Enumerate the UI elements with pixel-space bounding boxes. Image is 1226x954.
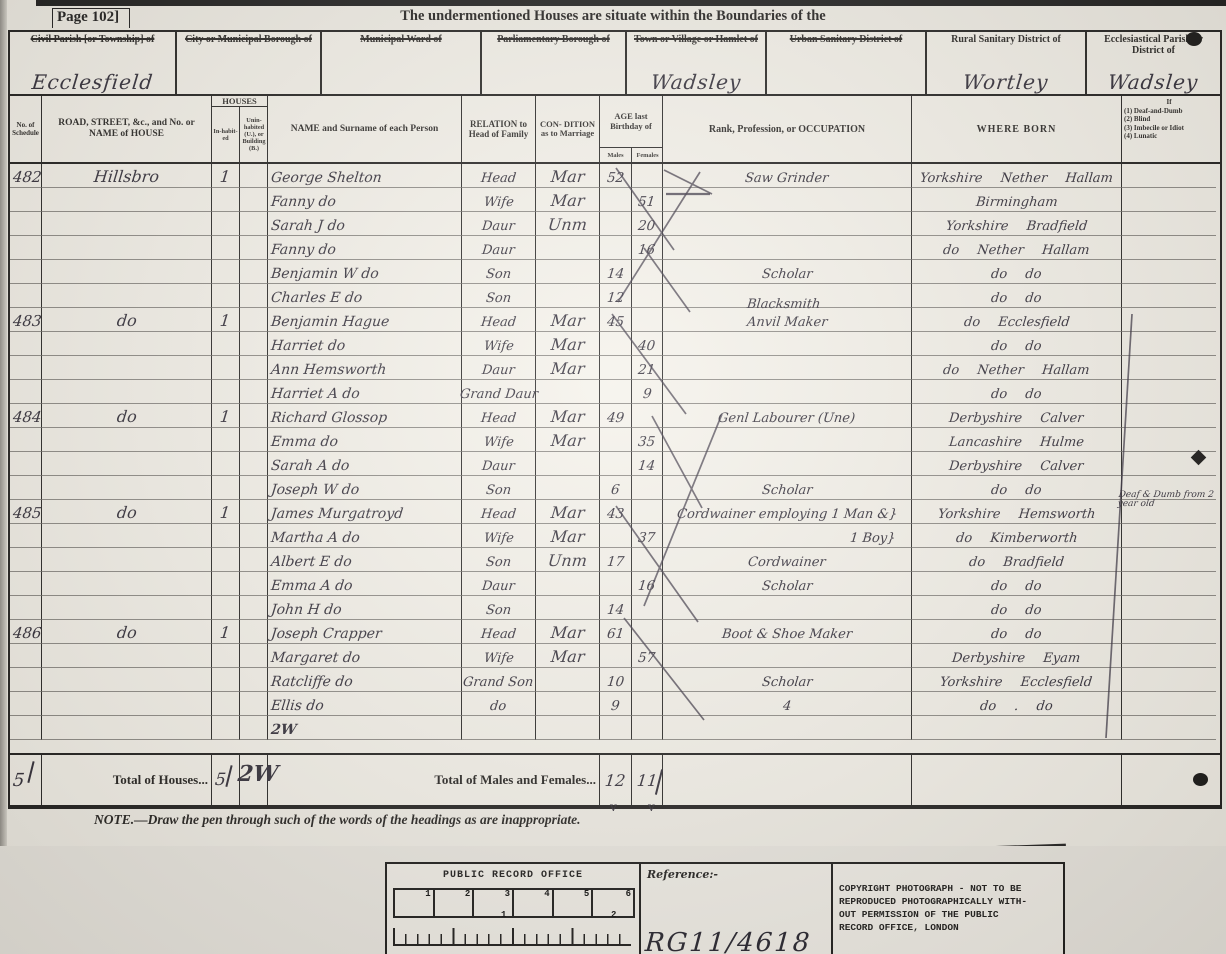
cell-schedule [10, 188, 42, 212]
scale-segment: 5 [554, 890, 594, 916]
cell-schedule [10, 212, 42, 236]
col-header-females: Females [632, 148, 663, 162]
cell-name: George Shelton [268, 164, 462, 188]
scale-segment: 2 [435, 890, 475, 916]
cell-name: James Murgatroyd [268, 500, 462, 524]
cell-occupation: Anvil MakerBlacksmith [663, 308, 912, 332]
cell-name: Benjamin W do [268, 260, 462, 284]
cell-schedule [10, 284, 42, 308]
cell-road [42, 260, 212, 284]
cell-relation: Daur [462, 212, 536, 236]
cell-condition [536, 572, 600, 596]
cell-road [42, 596, 212, 620]
cell-road: do [42, 404, 212, 428]
cell-infirmity [1122, 260, 1216, 284]
cell-uninhabited [240, 260, 268, 284]
cell-schedule: 484 [10, 404, 42, 428]
cell-name: Ratcliffe do [268, 668, 462, 692]
cell-age-male: 17 [600, 548, 632, 572]
cell-road [42, 380, 212, 404]
cell-name: Charles E do [268, 284, 462, 308]
table-row: 484do1Richard GlossopHeadMar49Genl Labou… [10, 404, 1220, 428]
cell-uninhabited [240, 356, 268, 380]
cell-occupation: Cordwainer employing 1 Man &} [663, 500, 912, 524]
cell-name: Benjamin Hague [268, 308, 462, 332]
cell-uninhabited [240, 380, 268, 404]
cell-uninhabited [240, 212, 268, 236]
cell-occupation [663, 356, 912, 380]
cell-name: Emma do [268, 428, 462, 452]
cell-age-male [600, 428, 632, 452]
cell-schedule [10, 428, 42, 452]
boundary-header-row: Civil Parish [or Township] ofEcclesfield… [8, 30, 1222, 98]
boundary-label: Municipal Ward of [325, 34, 477, 45]
cell-relation: Head [462, 620, 536, 644]
totals-houses-label-cell: Total of Houses... [42, 755, 212, 805]
cell-name: Ellis do [268, 692, 462, 716]
cell-where-born: Derbyshire Calver [912, 404, 1122, 428]
stamp-scale-section: PUBLIC RECORD OFFICE 123456 12 [387, 864, 641, 954]
cell-condition: Mar [536, 308, 600, 332]
table-row: Harriet doWifeMar40do do [10, 332, 1220, 356]
cell-age-male [600, 380, 632, 404]
totals-empty-occupation [663, 755, 912, 805]
table-row: Emma doWifeMar35Lancashire Hulme [10, 428, 1220, 452]
table-row: Benjamin W doSon14Scholardo do [10, 260, 1220, 284]
cell-road [42, 476, 212, 500]
cell-age-male: 49 [600, 404, 632, 428]
cell-age-female: 21 [632, 356, 663, 380]
col-header-inhabited: In-habit-ed [212, 107, 240, 162]
cell-uninhabited [240, 308, 268, 332]
cell-where-born: do do [912, 260, 1122, 284]
stamp-scale-boxes: 123456 [393, 888, 635, 918]
cell-relation: Wife [462, 644, 536, 668]
cell-name: Margaret do [268, 644, 462, 668]
cell-uninhabited [240, 236, 268, 260]
cell-occupation: Saw Grinder [663, 164, 912, 188]
cell-infirmity [1122, 500, 1216, 524]
cell-relation: Daur [462, 572, 536, 596]
col-header-relation: RELATION to Head of Family [462, 96, 536, 162]
cell-condition [536, 452, 600, 476]
boundary-value-handwritten: Wortley [927, 70, 1085, 94]
cell-infirmity [1122, 668, 1216, 692]
footnote: NOTE.—Draw the pen through such of the w… [94, 812, 580, 828]
cell-age-female: 20 [632, 212, 663, 236]
cell-name: Richard Glossop [268, 404, 462, 428]
cell-age-male [600, 524, 632, 548]
cell-schedule: 482 [10, 164, 42, 188]
col-header-uninhabited: Unin-habited (U.), or Building (B.) [240, 107, 268, 162]
cell-age-male [600, 716, 632, 740]
cell-schedule: 485 [10, 500, 42, 524]
boundary-cell: Rural Sanitary District ofWortley [927, 32, 1087, 96]
cell-condition: Mar [536, 188, 600, 212]
col-header-age: AGE last Birthday of [600, 96, 662, 147]
cell-road [42, 548, 212, 572]
cell-where-born: do do [912, 476, 1122, 500]
cell-road: Hillsbro [42, 164, 212, 188]
cell-schedule [10, 572, 42, 596]
cell-condition: Unm [536, 212, 600, 236]
table-row: Albert E doSonUnm17Cordwainerdo Bradfiel… [10, 548, 1220, 572]
cell-schedule [10, 260, 42, 284]
totals-houses-value: 5 [214, 770, 227, 790]
cell-name: Albert E do [268, 548, 462, 572]
cell-name: 2W [268, 716, 462, 740]
cell-schedule: 483 [10, 308, 42, 332]
cell-where-born: Yorkshire Ecclesfield [912, 668, 1122, 692]
cell-inhabited [212, 260, 240, 284]
cell-where-born: do do [912, 620, 1122, 644]
cell-relation: Son [462, 260, 536, 284]
cell-schedule [10, 524, 42, 548]
totals-males-value: 12 [604, 771, 626, 790]
cell-condition: Mar [536, 356, 600, 380]
cell-inhabited: 1 [212, 620, 240, 644]
table-row: Fanny doWifeMar51Birmingham [10, 188, 1220, 212]
cell-relation: Daur [462, 236, 536, 260]
cell-name: Fanny do [268, 188, 462, 212]
cell-age-male: 43 [600, 500, 632, 524]
boundary-value-handwritten: Wadsley [627, 70, 765, 94]
cell-uninhabited [240, 476, 268, 500]
boundary-cell: Municipal Ward of [322, 32, 482, 96]
table-row: Margaret doWifeMar57Derbyshire Eyam [10, 644, 1220, 668]
cell-occupation [663, 644, 912, 668]
scale-segment: 1 [395, 890, 435, 916]
cell-where-born: do do [912, 572, 1122, 596]
cell-relation: Son [462, 476, 536, 500]
totals-houses-label: Total of Houses... [45, 772, 208, 788]
cell-infirmity [1122, 308, 1216, 332]
table-row: Harriet A doGrand Daur9do do [10, 380, 1220, 404]
cell-age-male [600, 332, 632, 356]
stamp-reference-section: Reference:- RG11/4618 [641, 864, 833, 954]
boundary-value-handwritten: Wadsley [1087, 70, 1220, 94]
cell-age-female: 37 [632, 524, 663, 548]
census-page: Page 102] The undermentioned Houses are … [0, 0, 1226, 954]
cell-inhabited [212, 476, 240, 500]
cell-infirmity [1122, 524, 1216, 548]
col-header-infirmity: If(1) Deaf-and-Dumb(2) Blind(3) Imbecile… [1122, 96, 1216, 162]
cell-infirmity [1122, 356, 1216, 380]
tick-mark [27, 761, 34, 783]
table-row: Emma A doDaur16Scholardo do [10, 572, 1220, 596]
totals-row: 5 Total of Houses... 5 2W Total of Males… [10, 755, 1220, 807]
cell-road [42, 572, 212, 596]
cell-relation: Son [462, 596, 536, 620]
totals-houses-mark-cell: 2W [240, 755, 268, 805]
cell-occupation: Genl Labourer (Une) [663, 404, 912, 428]
boundary-cell: City or Municipal Borough of [177, 32, 322, 96]
cell-age-male: 14 [600, 260, 632, 284]
table-spacer-row [10, 740, 1220, 755]
cell-where-born: Yorkshire Bradfield [912, 212, 1122, 236]
cell-age-male: 12 [600, 284, 632, 308]
cell-uninhabited [240, 284, 268, 308]
cell-uninhabited [240, 668, 268, 692]
table-row: 486do1Joseph CrapperHeadMar61Boot & Shoe… [10, 620, 1220, 644]
cell-schedule [10, 356, 42, 380]
col-header-males: Males [600, 148, 632, 162]
cell-name: Emma A do [268, 572, 462, 596]
cell-inhabited [212, 188, 240, 212]
cell-road [42, 452, 212, 476]
totals-schedule-cell: 5 [10, 755, 42, 805]
cell-age-female [632, 476, 663, 500]
cell-age-female [632, 716, 663, 740]
table-row: Charles E doSon12do do [10, 284, 1220, 308]
cell-infirmity [1122, 644, 1216, 668]
cell-road: do [42, 500, 212, 524]
cell-age-male: 6 [600, 476, 632, 500]
cell-occupation [663, 596, 912, 620]
cell-age-male: 52 [600, 164, 632, 188]
cell-schedule [10, 380, 42, 404]
cell-occupation [663, 188, 912, 212]
cell-age-female: 35 [632, 428, 663, 452]
table-row: Ratcliffe doGrand Son10ScholarYorkshire … [10, 668, 1220, 692]
cell-occupation: 1 Boy} [663, 524, 912, 548]
boundary-label: Civil Parish [or Township] of [13, 34, 172, 45]
cell-schedule [10, 332, 42, 356]
stamp-reference-label: Reference:- [647, 868, 825, 881]
cell-condition: Mar [536, 500, 600, 524]
cell-where-born: Yorkshire Nether Hallam [912, 164, 1122, 188]
banner-title: The undermentioned Houses are situate wi… [0, 8, 1226, 25]
stamp-copyright-section: COPYRIGHT PHOTOGRAPH - NOT TO BEREPRODUC… [833, 864, 1063, 954]
cell-age-female: 57 [632, 644, 663, 668]
cell-occupation: Scholar [663, 260, 912, 284]
cell-uninhabited [240, 164, 268, 188]
cell-occupation [663, 380, 912, 404]
col-header-where-born: WHERE BORN [912, 96, 1122, 162]
table-row: Sarah J doDaurUnm20Yorkshire Bradfield [10, 212, 1220, 236]
cell-schedule [10, 236, 42, 260]
scan-edge-top [36, 0, 1226, 6]
cell-inhabited [212, 716, 240, 740]
cell-infirmity [1122, 716, 1216, 740]
cell-inhabited [212, 596, 240, 620]
cell-relation: Daur [462, 452, 536, 476]
cell-occupation [663, 452, 912, 476]
cell-uninhabited [240, 716, 268, 740]
cell-relation: Son [462, 284, 536, 308]
boundary-cell: Urban Sanitary District of [767, 32, 927, 96]
cell-road [42, 428, 212, 452]
check-mark: v [648, 800, 655, 814]
cell-relation: Head [462, 500, 536, 524]
cell-infirmity [1122, 236, 1216, 260]
cell-age-male: 9 [600, 692, 632, 716]
cell-schedule [10, 548, 42, 572]
table-body: 482Hillsbro1George SheltonHeadMar52Saw G… [10, 164, 1220, 740]
cell-inhabited [212, 332, 240, 356]
cell-condition [536, 236, 600, 260]
table-row: Ann HemsworthDaurMar21do Nether Hallam [10, 356, 1220, 380]
boundary-label: Town or Village or Hamlet of [630, 34, 762, 45]
cell-inhabited [212, 692, 240, 716]
table-row: Martha A doWifeMar371 Boy}do Kimberworth [10, 524, 1220, 548]
cell-road [42, 716, 212, 740]
stamp-ruler: 12 [393, 922, 631, 946]
table-row: Fanny doDaur16do Nether Hallam [10, 236, 1220, 260]
cell-infirmity [1122, 404, 1216, 428]
cell-inhabited [212, 428, 240, 452]
cell-schedule [10, 716, 42, 740]
cell-inhabited: 1 [212, 164, 240, 188]
table-row: 482Hillsbro1George SheltonHeadMar52Saw G… [10, 164, 1220, 188]
cell-age-male [600, 212, 632, 236]
cell-condition [536, 596, 600, 620]
cell-infirmity [1122, 188, 1216, 212]
cell-age-female [632, 260, 663, 284]
table-row: Joseph W doSon6Scholardo doDeaf & Dumb f… [10, 476, 1220, 500]
cell-relation: Head [462, 404, 536, 428]
cell-uninhabited [240, 332, 268, 356]
cell-inhabited [212, 452, 240, 476]
boundary-value-handwritten: Ecclesfield [10, 70, 175, 94]
cell-infirmity [1122, 596, 1216, 620]
cell-where-born: do Ecclesfield [912, 308, 1122, 332]
cell-age-male: 10 [600, 668, 632, 692]
cell-occupation: Scholar [663, 668, 912, 692]
cell-age-female [632, 548, 663, 572]
cell-occupation: Scholar [663, 572, 912, 596]
col-header-houses: HOUSES [212, 96, 267, 107]
boundary-label: City or Municipal Borough of [180, 34, 317, 45]
stamp-copyright-text: COPYRIGHT PHOTOGRAPH - NOT TO BEREPRODUC… [839, 882, 1057, 934]
cell-condition [536, 284, 600, 308]
cell-where-born: do Nether Hallam [912, 356, 1122, 380]
cell-occupation: 4 [663, 692, 912, 716]
hole-punch [1186, 32, 1202, 46]
cell-relation: Wife [462, 524, 536, 548]
totals-houses-value-cell: 5 [212, 755, 240, 805]
cell-where-born: do Nether Hallam [912, 236, 1122, 260]
cell-age-female: 40 [632, 332, 663, 356]
table-row: Sarah A doDaur14Derbyshire Calver [10, 452, 1220, 476]
cell-inhabited [212, 380, 240, 404]
cell-infirmity [1122, 332, 1216, 356]
cell-road [42, 524, 212, 548]
col-header-name: NAME and Surname of each Person [268, 96, 462, 162]
cell-uninhabited [240, 548, 268, 572]
boundary-cell: Parliamentary Borough of [482, 32, 627, 96]
cell-uninhabited [240, 692, 268, 716]
cell-age-female [632, 692, 663, 716]
cell-uninhabited [240, 620, 268, 644]
cell-infirmity [1122, 620, 1216, 644]
cell-relation [462, 716, 536, 740]
cell-infirmity: Deaf & Dumb from 2 year old [1122, 476, 1216, 500]
cell-relation: Grand Daur [462, 380, 536, 404]
cell-inhabited: 1 [212, 404, 240, 428]
col-header-schedule: No. of Schedule [10, 96, 42, 162]
cell-condition [536, 476, 600, 500]
totals-females-value: 11 [636, 771, 658, 790]
cell-relation: Daur [462, 356, 536, 380]
cell-name: Sarah J do [268, 212, 462, 236]
cell-age-female [632, 308, 663, 332]
boundary-label: Urban Sanitary District of [770, 34, 922, 45]
cell-road [42, 188, 212, 212]
cell-name: Ann Hemsworth [268, 356, 462, 380]
cell-inhabited [212, 644, 240, 668]
cell-schedule [10, 452, 42, 476]
public-record-office-stamp: PUBLIC RECORD OFFICE 123456 12 Reference… [385, 862, 1065, 954]
cell-infirmity [1122, 212, 1216, 236]
cell-infirmity [1122, 164, 1216, 188]
cell-uninhabited [240, 644, 268, 668]
cell-name: Sarah A do [268, 452, 462, 476]
cell-age-female [632, 596, 663, 620]
cell-uninhabited [240, 452, 268, 476]
col-header-houses-group: HOUSES In-habit-ed Unin-habited (U.), or… [212, 96, 268, 162]
totals-schedule-value: 5 [12, 770, 26, 791]
cell-age-female [632, 164, 663, 188]
cell-inhabited [212, 356, 240, 380]
cell-age-female [632, 500, 663, 524]
cell-age-female [632, 668, 663, 692]
cell-where-born: Derbyshire Calver [912, 452, 1122, 476]
cell-uninhabited [240, 428, 268, 452]
cell-schedule [10, 692, 42, 716]
cell-age-male: 61 [600, 620, 632, 644]
scale-segment: 4 [514, 890, 554, 916]
col-header-occupation: Rank, Profession, or OCCUPATION [663, 96, 912, 162]
totals-mf-label-cell: Total of Males and Females... [268, 755, 600, 805]
cell-road [42, 668, 212, 692]
cell-condition: Unm [536, 548, 600, 572]
cell-relation: Wife [462, 188, 536, 212]
cell-age-male [600, 572, 632, 596]
cell-age-male [600, 452, 632, 476]
cell-uninhabited [240, 596, 268, 620]
boundary-label: Parliamentary Borough of [485, 34, 622, 45]
totals-males-cell: 12 v [600, 755, 632, 805]
cell-where-born: do . do [912, 692, 1122, 716]
cell-infirmity [1122, 548, 1216, 572]
cell-infirmity [1122, 380, 1216, 404]
cell-relation: do [462, 692, 536, 716]
cell-condition [536, 260, 600, 284]
cell-relation: Head [462, 308, 536, 332]
cell-inhabited [212, 284, 240, 308]
cell-age-female: 14 [632, 452, 663, 476]
cell-condition [536, 716, 600, 740]
cell-schedule [10, 668, 42, 692]
cell-infirmity [1122, 572, 1216, 596]
cell-occupation [663, 428, 912, 452]
cell-occupation [663, 212, 912, 236]
cell-age-male [600, 236, 632, 260]
cell-condition: Mar [536, 644, 600, 668]
cell-condition: Mar [536, 620, 600, 644]
cell-road [42, 332, 212, 356]
cell-where-born: do Kimberworth [912, 524, 1122, 548]
cell-age-male [600, 644, 632, 668]
table-row: John H doSon14do do [10, 596, 1220, 620]
cell-age-male: 14 [600, 596, 632, 620]
cell-where-born: Lancashire Hulme [912, 428, 1122, 452]
cell-condition [536, 380, 600, 404]
totals-mf-label: Total of Males and Females... [271, 772, 596, 788]
cell-road: do [42, 620, 212, 644]
cell-road [42, 212, 212, 236]
